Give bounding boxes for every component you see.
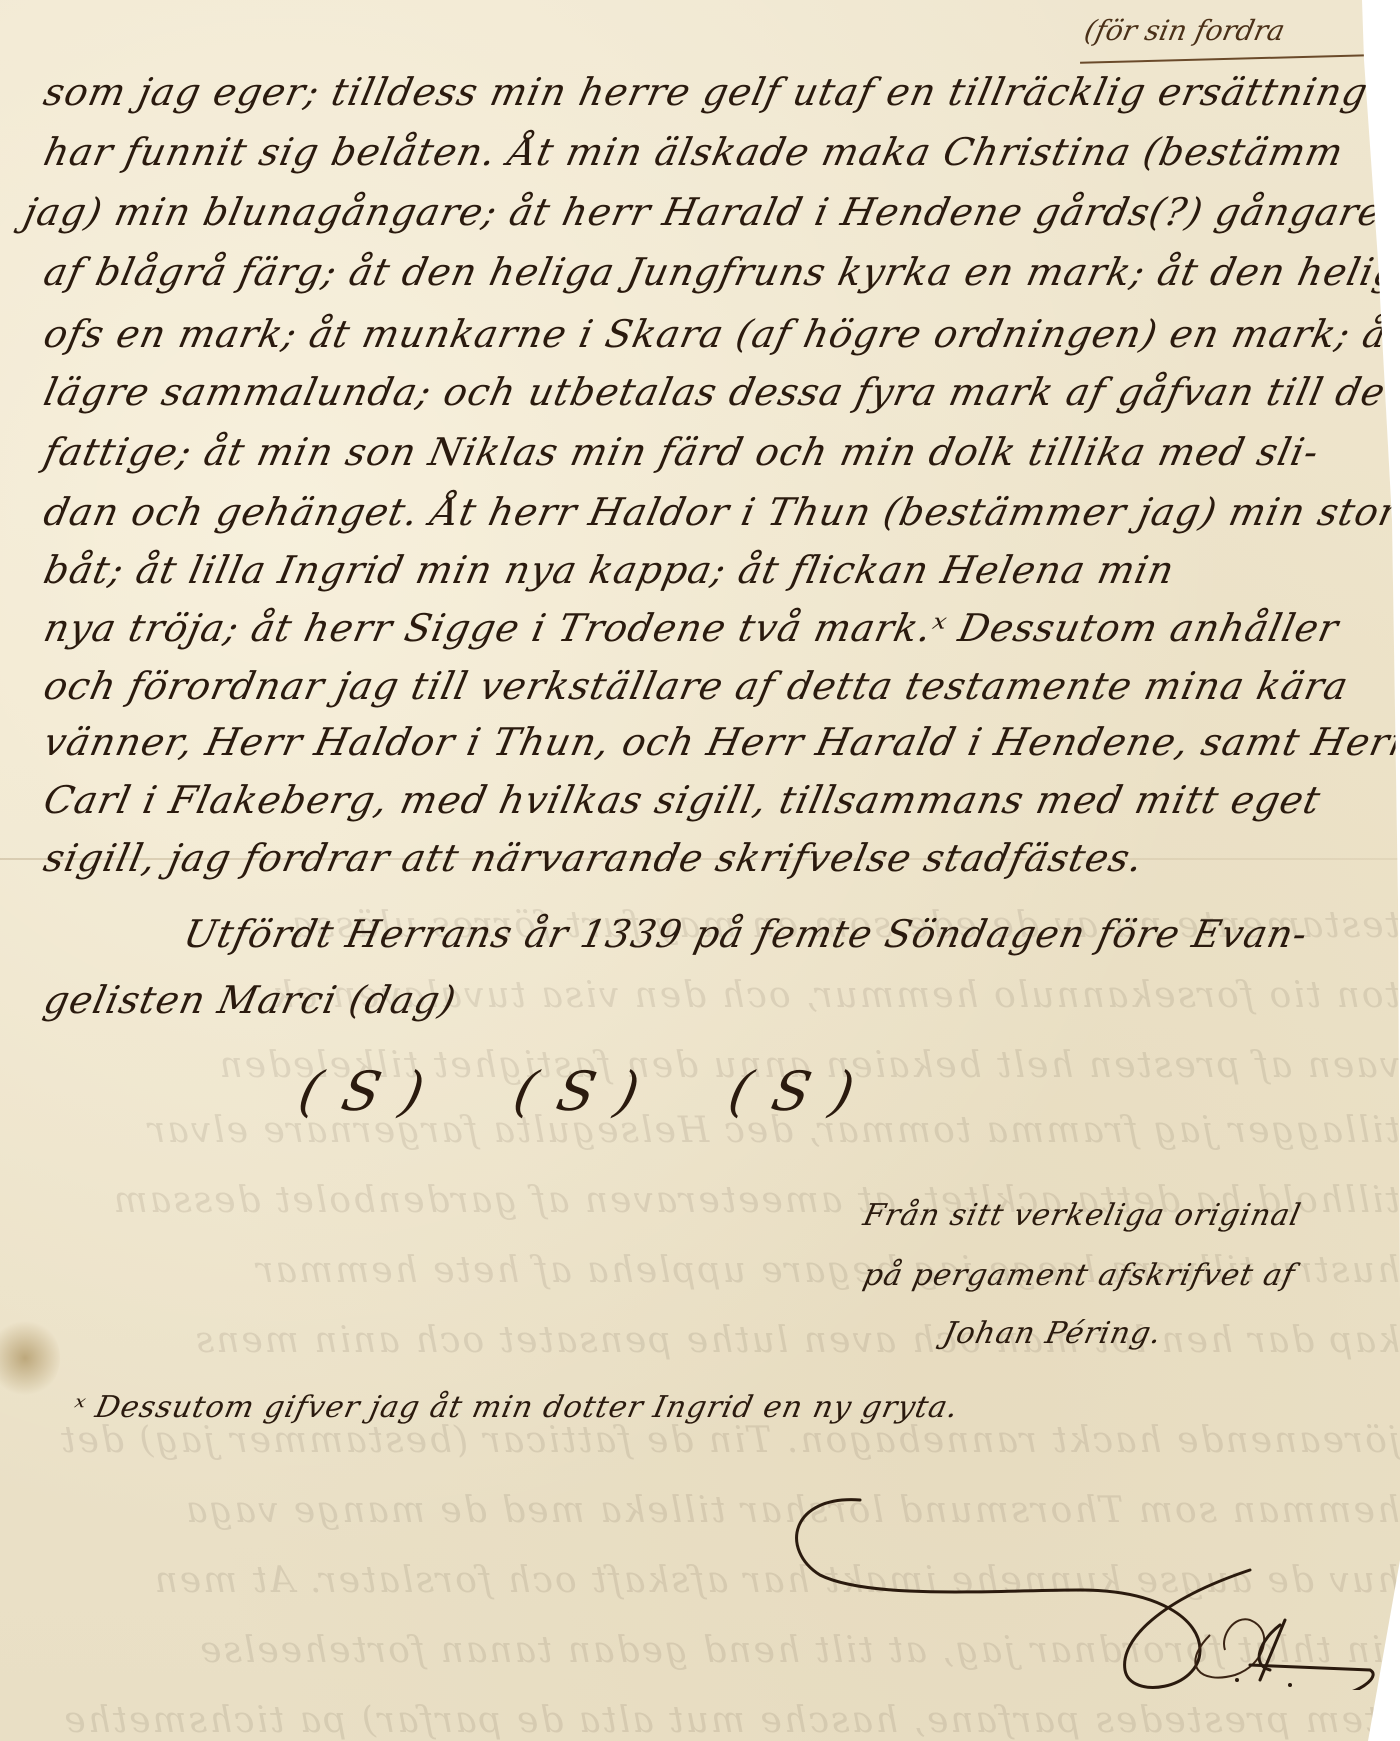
attestation-line-2: på pergament afskrifvet af xyxy=(860,1258,1298,1293)
signature-flourish xyxy=(780,1490,1380,1690)
bleed-through-text: jöreanende hackt rannebagon. Tin de fatt… xyxy=(0,1420,1400,1461)
seal-2: (S) xyxy=(508,1060,667,1123)
body-line-4: af blågrå färg; åt den heliga Jungfruns … xyxy=(40,250,1400,294)
seal-placeholders: (S) (S) (S) xyxy=(300,1060,875,1123)
body-line-1: som jag eger; tilldess min herre gelf ut… xyxy=(40,70,1372,114)
body-line-13: Carl i Flakeberg, med hvilkas sigill, ti… xyxy=(40,778,1325,822)
attestation-line-3: Johan Péring. xyxy=(940,1316,1165,1351)
body-line-2: har funnit sig belåten. Åt min älskade m… xyxy=(40,130,1348,174)
body-line-7: fattige; åt min son Niklas min färd och … xyxy=(40,430,1323,474)
body-line-12: vänner, Herr Haldor i Thun, och Herr Har… xyxy=(40,720,1400,764)
dating-line-1: Utfördt Herrans år 1339 på femte Söndage… xyxy=(180,912,1312,956)
margin-note-underline xyxy=(1080,54,1370,64)
dating-line-2: gelisten Marci (dag) xyxy=(40,978,460,1022)
body-line-6: lägre sammalunda; och utbetalas dessa fy… xyxy=(40,370,1390,414)
body-line-3: jag) min blunagångare; åt herr Harald i … xyxy=(20,190,1400,234)
seal-1: (S) xyxy=(293,1060,452,1123)
body-line-14: sigill, jag fordrar att närvarande skrif… xyxy=(40,836,1148,880)
body-line-5: ofs en mark; åt munkarne i Skara (af hög… xyxy=(40,312,1400,356)
manuscript-page: testamente nu av de ede som en may furt … xyxy=(0,0,1400,1741)
body-line-9: båt; åt lilla Ingrid min nya kappa; åt f… xyxy=(40,548,1179,592)
body-line-8: dan och gehänget. Åt herr Haldor i Thun … xyxy=(40,490,1400,534)
attestation-line-1: Från sitt verkeliga original xyxy=(860,1198,1304,1233)
body-line-10: nya tröja; åt herr Sigge i Trodene två m… xyxy=(40,606,1343,650)
margin-note: (för sin fordra xyxy=(1081,14,1287,47)
bleed-through-text: stem prestedes parfane, hasche mut alta … xyxy=(0,1700,1400,1741)
bleed-through-text: kap dar hen lot man och aven luthe pensa… xyxy=(0,1320,1400,1361)
seal-3: (S) xyxy=(724,1060,883,1123)
footnote-line: ˣ Dessutom gifver jag åt min dotter Ingr… xyxy=(70,1390,962,1425)
body-line-11: och förordnar jag till verkställare af d… xyxy=(40,664,1353,708)
